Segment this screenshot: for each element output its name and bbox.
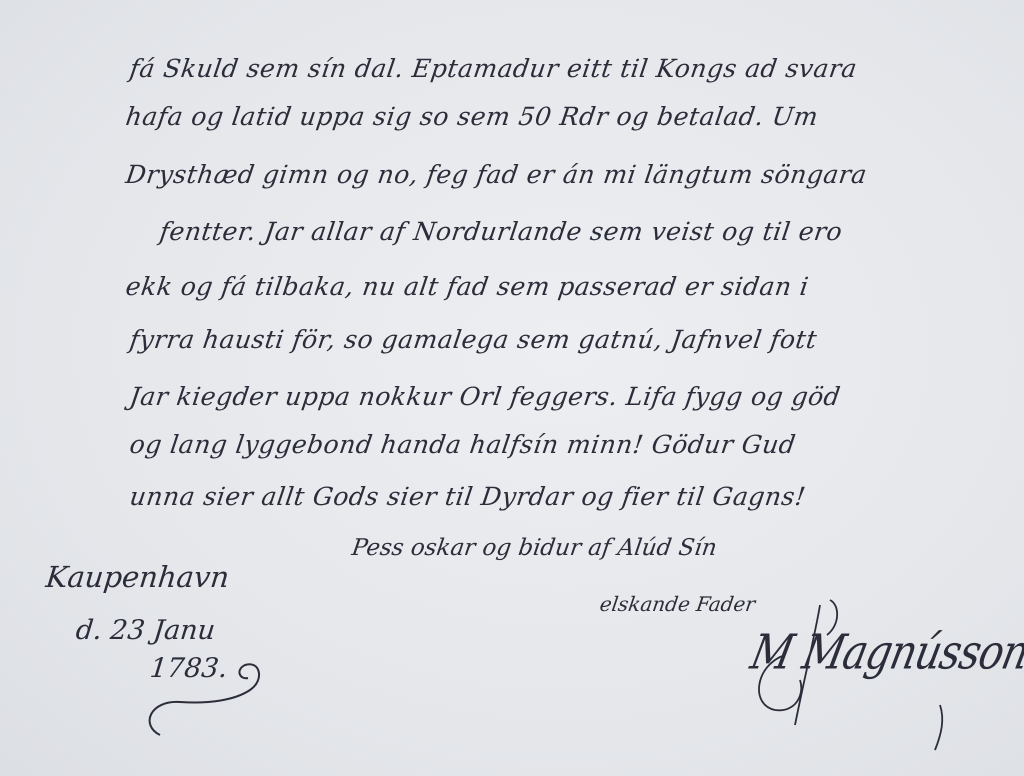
signature: M Magnússon xyxy=(746,625,1024,680)
letter-line-3: Drysthæd gimn og no, feg fad er án mi lä… xyxy=(124,160,869,189)
dateline-place: Kaupenhavn xyxy=(44,560,231,594)
letter-line-4: fentter. Jar allar af Nordurlande sem ve… xyxy=(158,217,844,246)
letter-line-8: og lang lyggebond handa halfsín minn! Gö… xyxy=(128,430,798,459)
letter-line-7: Jar kiegder uppa nokkur Orl feggers. Lif… xyxy=(128,382,842,411)
dateline-flourish-icon xyxy=(140,640,270,745)
letter-line-9: unna sier allt Gods sier til Dyrdar og f… xyxy=(128,482,808,511)
closing-line-2: elskande Fader xyxy=(598,592,756,616)
letter-paper: fá Skuld sem sín dal. Eptamadur eitt til… xyxy=(0,0,1024,776)
closing-line-1: Pess oskar og bidur af Alúd Sín xyxy=(350,535,718,561)
letter-line-6: fyrra hausti för, so gamalega sem gatnú,… xyxy=(128,325,819,354)
letter-line-1: fá Skuld sem sín dal. Eptamadur eitt til… xyxy=(128,54,859,83)
letter-line-2: hafa og latid uppa sig so sem 50 Rdr og … xyxy=(124,102,820,131)
letter-line-5: ekk og fá tilbaka, nu alt fad sem passer… xyxy=(124,272,811,301)
